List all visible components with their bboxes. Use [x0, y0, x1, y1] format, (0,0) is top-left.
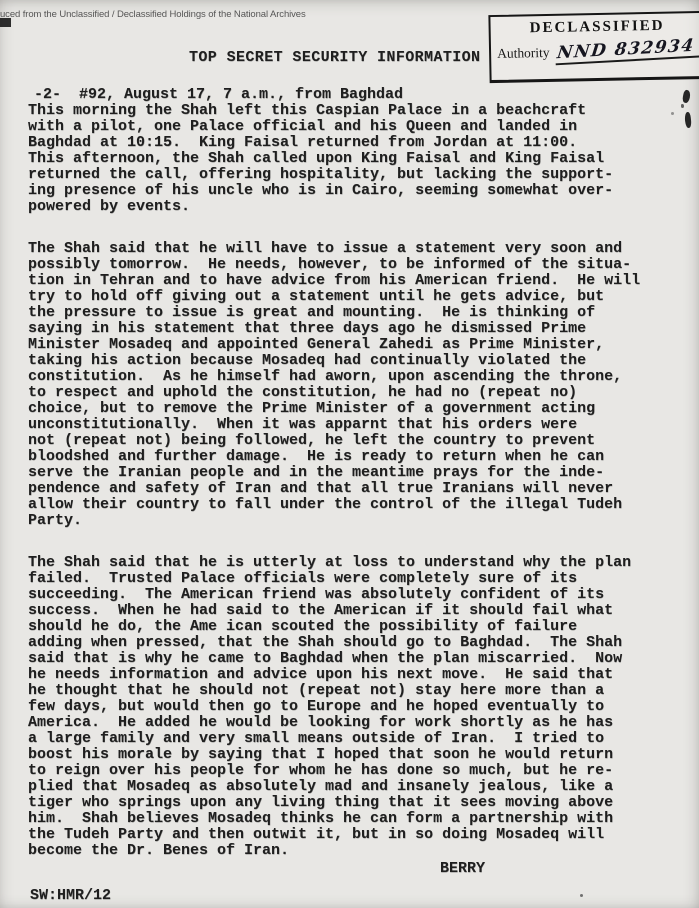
scan-edge-artifact	[0, 18, 11, 27]
authority-underline: NND 832934	[554, 36, 698, 66]
declassified-stamp-title: DECLASSIFIED	[496, 17, 697, 38]
ink-mark-right-margin	[684, 112, 692, 129]
paragraph: The Shah said that he is utterly at loss…	[28, 555, 678, 859]
classification-heading: TOP SECRET SECURITY INFORMATION	[189, 50, 480, 66]
authority-handwritten-number: NND 832934	[553, 36, 697, 64]
typist-reference: SW:HMR/12	[30, 888, 111, 904]
declassified-stamp-authority-row: Authority NND 832934	[497, 38, 698, 64]
paper-speck	[580, 894, 583, 897]
page-number-and-cable-header: -2- #92, August 17, 7 a.m., from Baghdad	[34, 87, 403, 103]
paper-speck	[671, 112, 674, 115]
archive-provenance-note: uced from the Unclassified / Declassifie…	[0, 9, 306, 20]
ink-mark-right-margin	[681, 104, 684, 108]
paragraph: The Shah said that he will have to issue…	[28, 241, 678, 529]
signature-berry: BERRY	[440, 861, 485, 877]
cable-body-text: This morning the Shah left this Caspian …	[28, 103, 678, 885]
paragraph: This morning the Shah left this Caspian …	[28, 103, 678, 215]
paper-speck	[300, 268, 302, 270]
declassified-stamp: DECLASSIFIED Authority NND 832934	[488, 11, 699, 83]
ink-mark-right-margin	[682, 89, 692, 103]
authority-label: Authority	[497, 45, 550, 64]
scanned-document-page: uced from the Unclassified / Declassifie…	[0, 0, 699, 908]
